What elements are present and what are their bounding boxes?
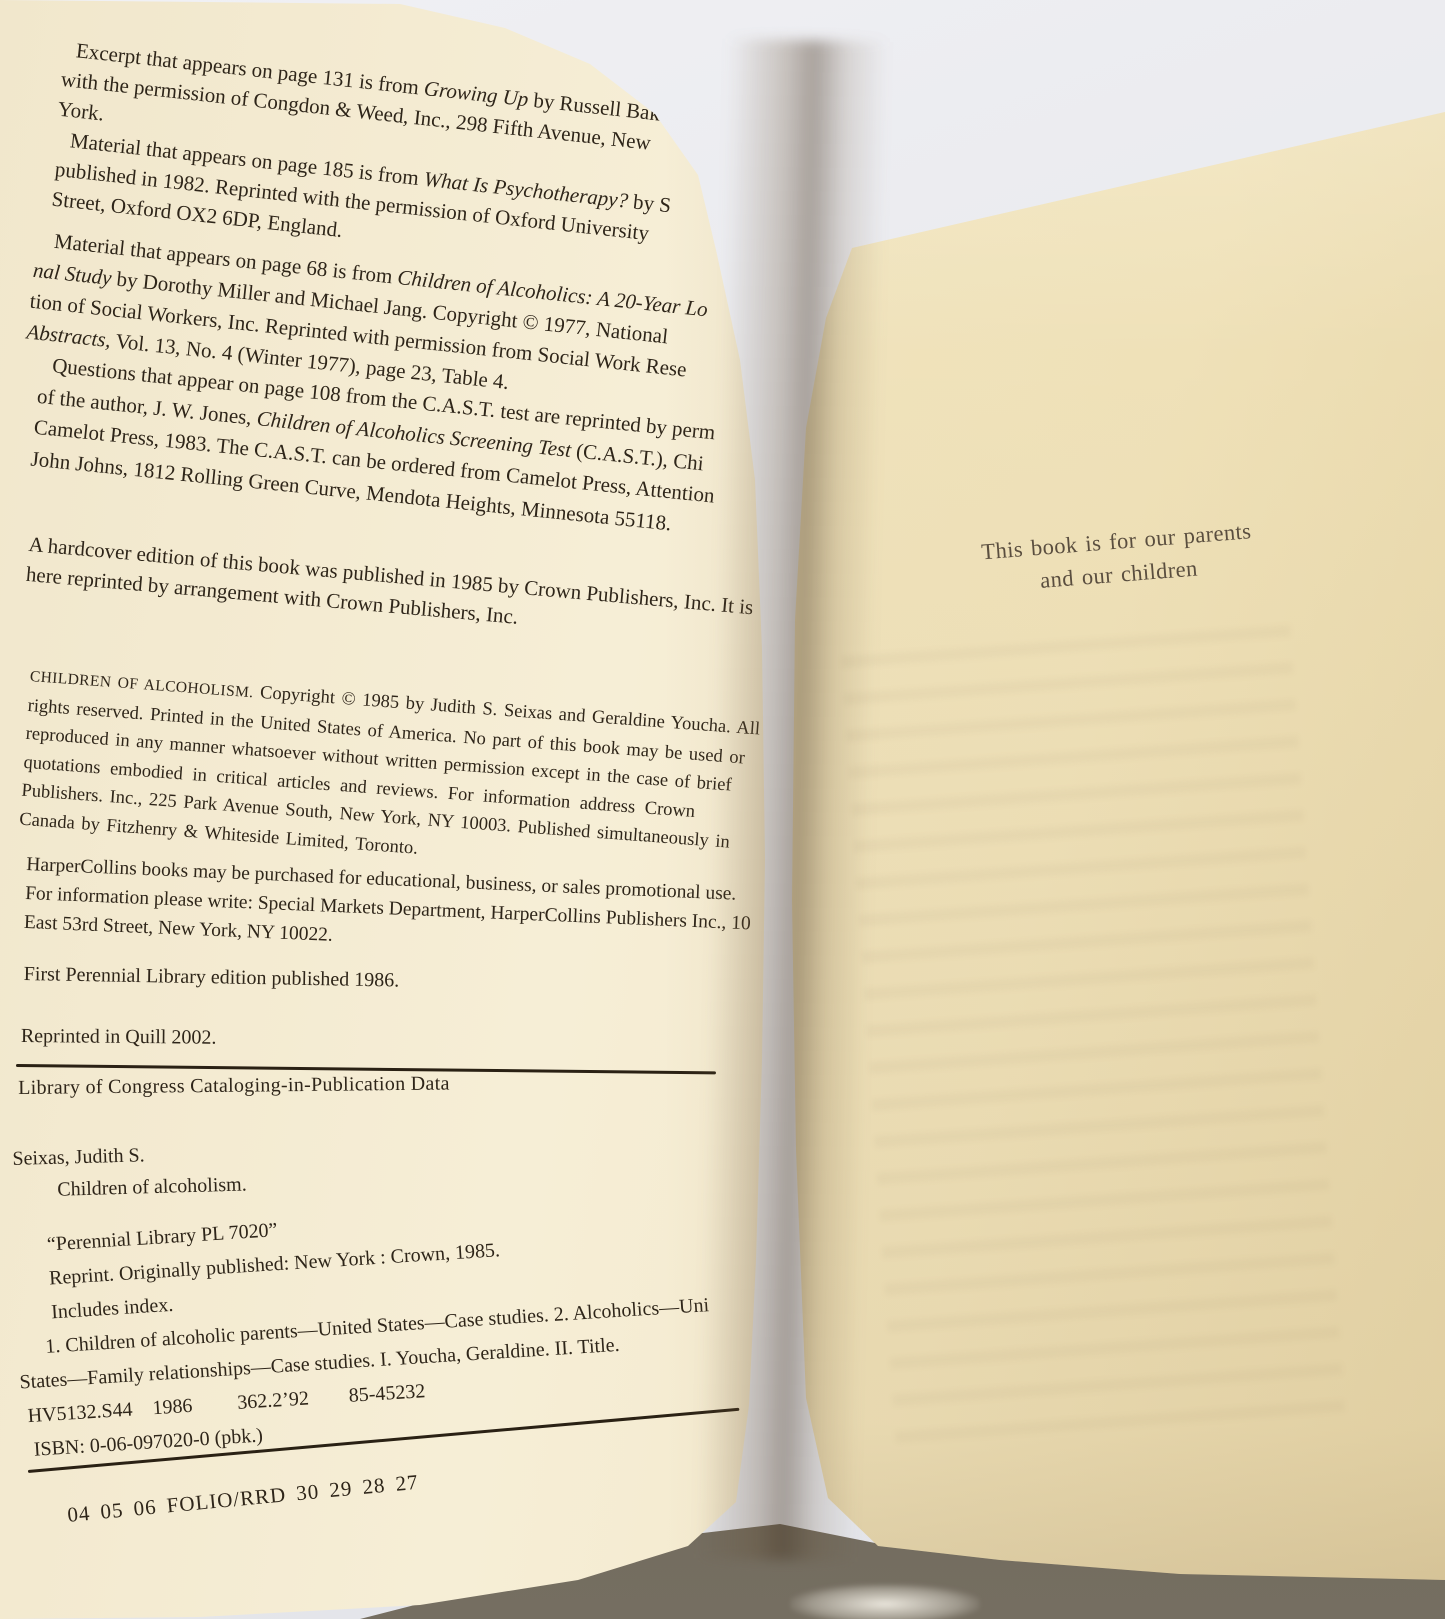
hardcover-edition-note: A hardcover edition of this book was pub… <box>25 529 887 664</box>
book-photo: This book is for our parents and our chi… <box>0 0 1445 1619</box>
page-edges-highlight <box>790 1584 980 1619</box>
show-through-text <box>841 625 1345 1444</box>
reprinted-quill-line-line-1: Reprinted in Quill 2002. <box>21 1022 881 1059</box>
reprinted-quill-line: Reprinted in Quill 2002. <box>21 1022 881 1059</box>
dedication-text: This book is for our parents and our chi… <box>948 512 1287 604</box>
